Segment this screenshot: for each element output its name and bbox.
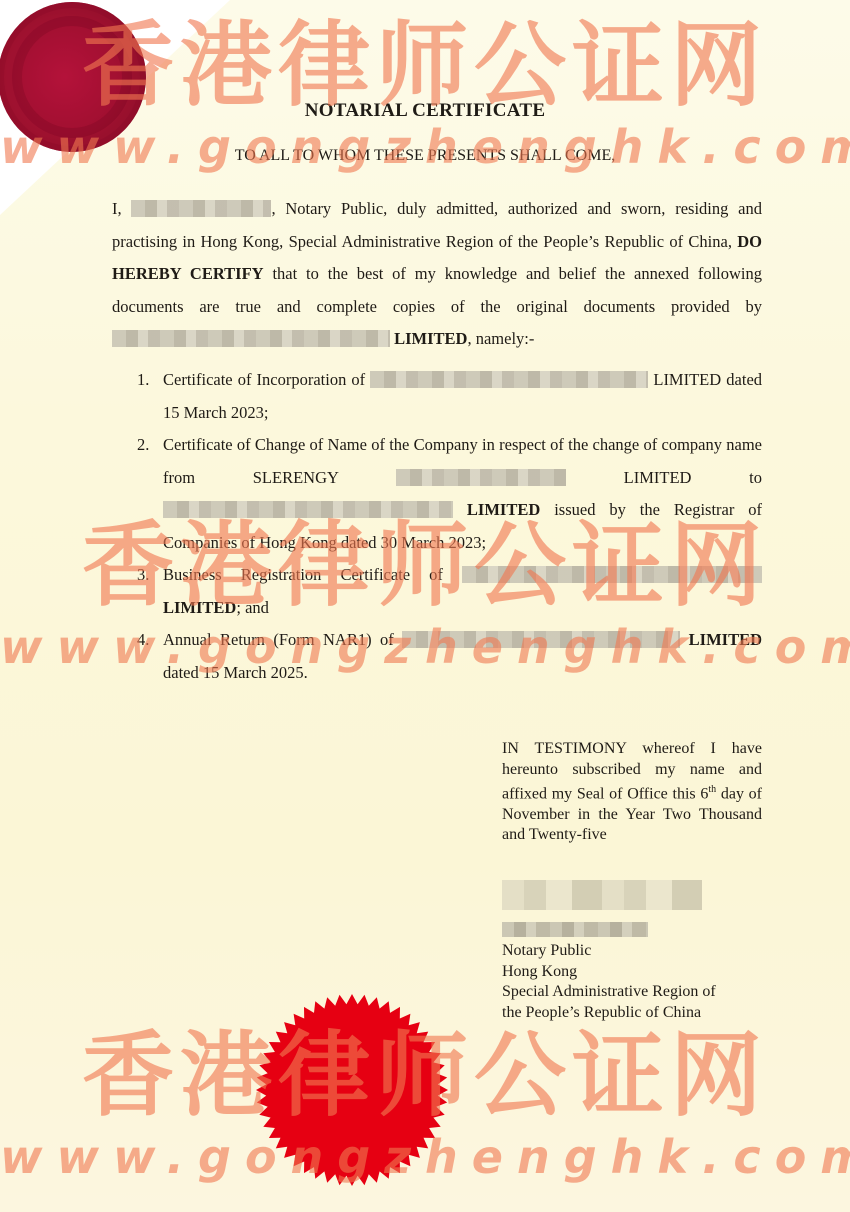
redacted-company-name	[396, 469, 566, 486]
signature-line: the People’s Republic of China	[502, 1003, 762, 1024]
redacted-company-name	[112, 330, 390, 347]
list-item: 1. Certificate of Incorporation of LIMIT…	[137, 364, 762, 429]
redacted-company-name	[402, 631, 680, 648]
redacted-notary-name	[131, 200, 271, 217]
list-item: 3. Business Registration Certificate of …	[137, 559, 762, 624]
signature-block: Notary Public Hong Kong Special Administ…	[502, 880, 762, 1023]
list-item: 4. Annual Return (Form NAR1) of LIMITED …	[137, 624, 762, 689]
signature-line: Special Administrative Region of	[502, 982, 762, 1003]
signature-line: Hong Kong	[502, 962, 762, 983]
signature-line: Notary Public	[502, 941, 762, 962]
certificate-title: NOTARIAL CERTIFICATE	[0, 100, 850, 122]
redacted-company-name	[462, 566, 762, 583]
document-list: 1. Certificate of Incorporation of LIMIT…	[137, 364, 762, 689]
redacted-signature	[502, 880, 702, 910]
redacted-company-name	[163, 501, 453, 518]
intro-paragraph: I, , Notary Public, duly admitted, autho…	[112, 193, 762, 356]
wax-seal	[0, 2, 146, 152]
list-item: 2. Certificate of Change of Name of the …	[137, 429, 762, 559]
testimony-clause: IN TESTIMONY whereof I have hereunto sub…	[502, 739, 762, 846]
notary-red-seal	[252, 990, 452, 1190]
redacted-notary-name	[502, 922, 648, 937]
redacted-company-name	[370, 371, 648, 388]
salutation: TO ALL TO WHOM THESE PRESENTS SHALL COME…	[0, 147, 850, 165]
